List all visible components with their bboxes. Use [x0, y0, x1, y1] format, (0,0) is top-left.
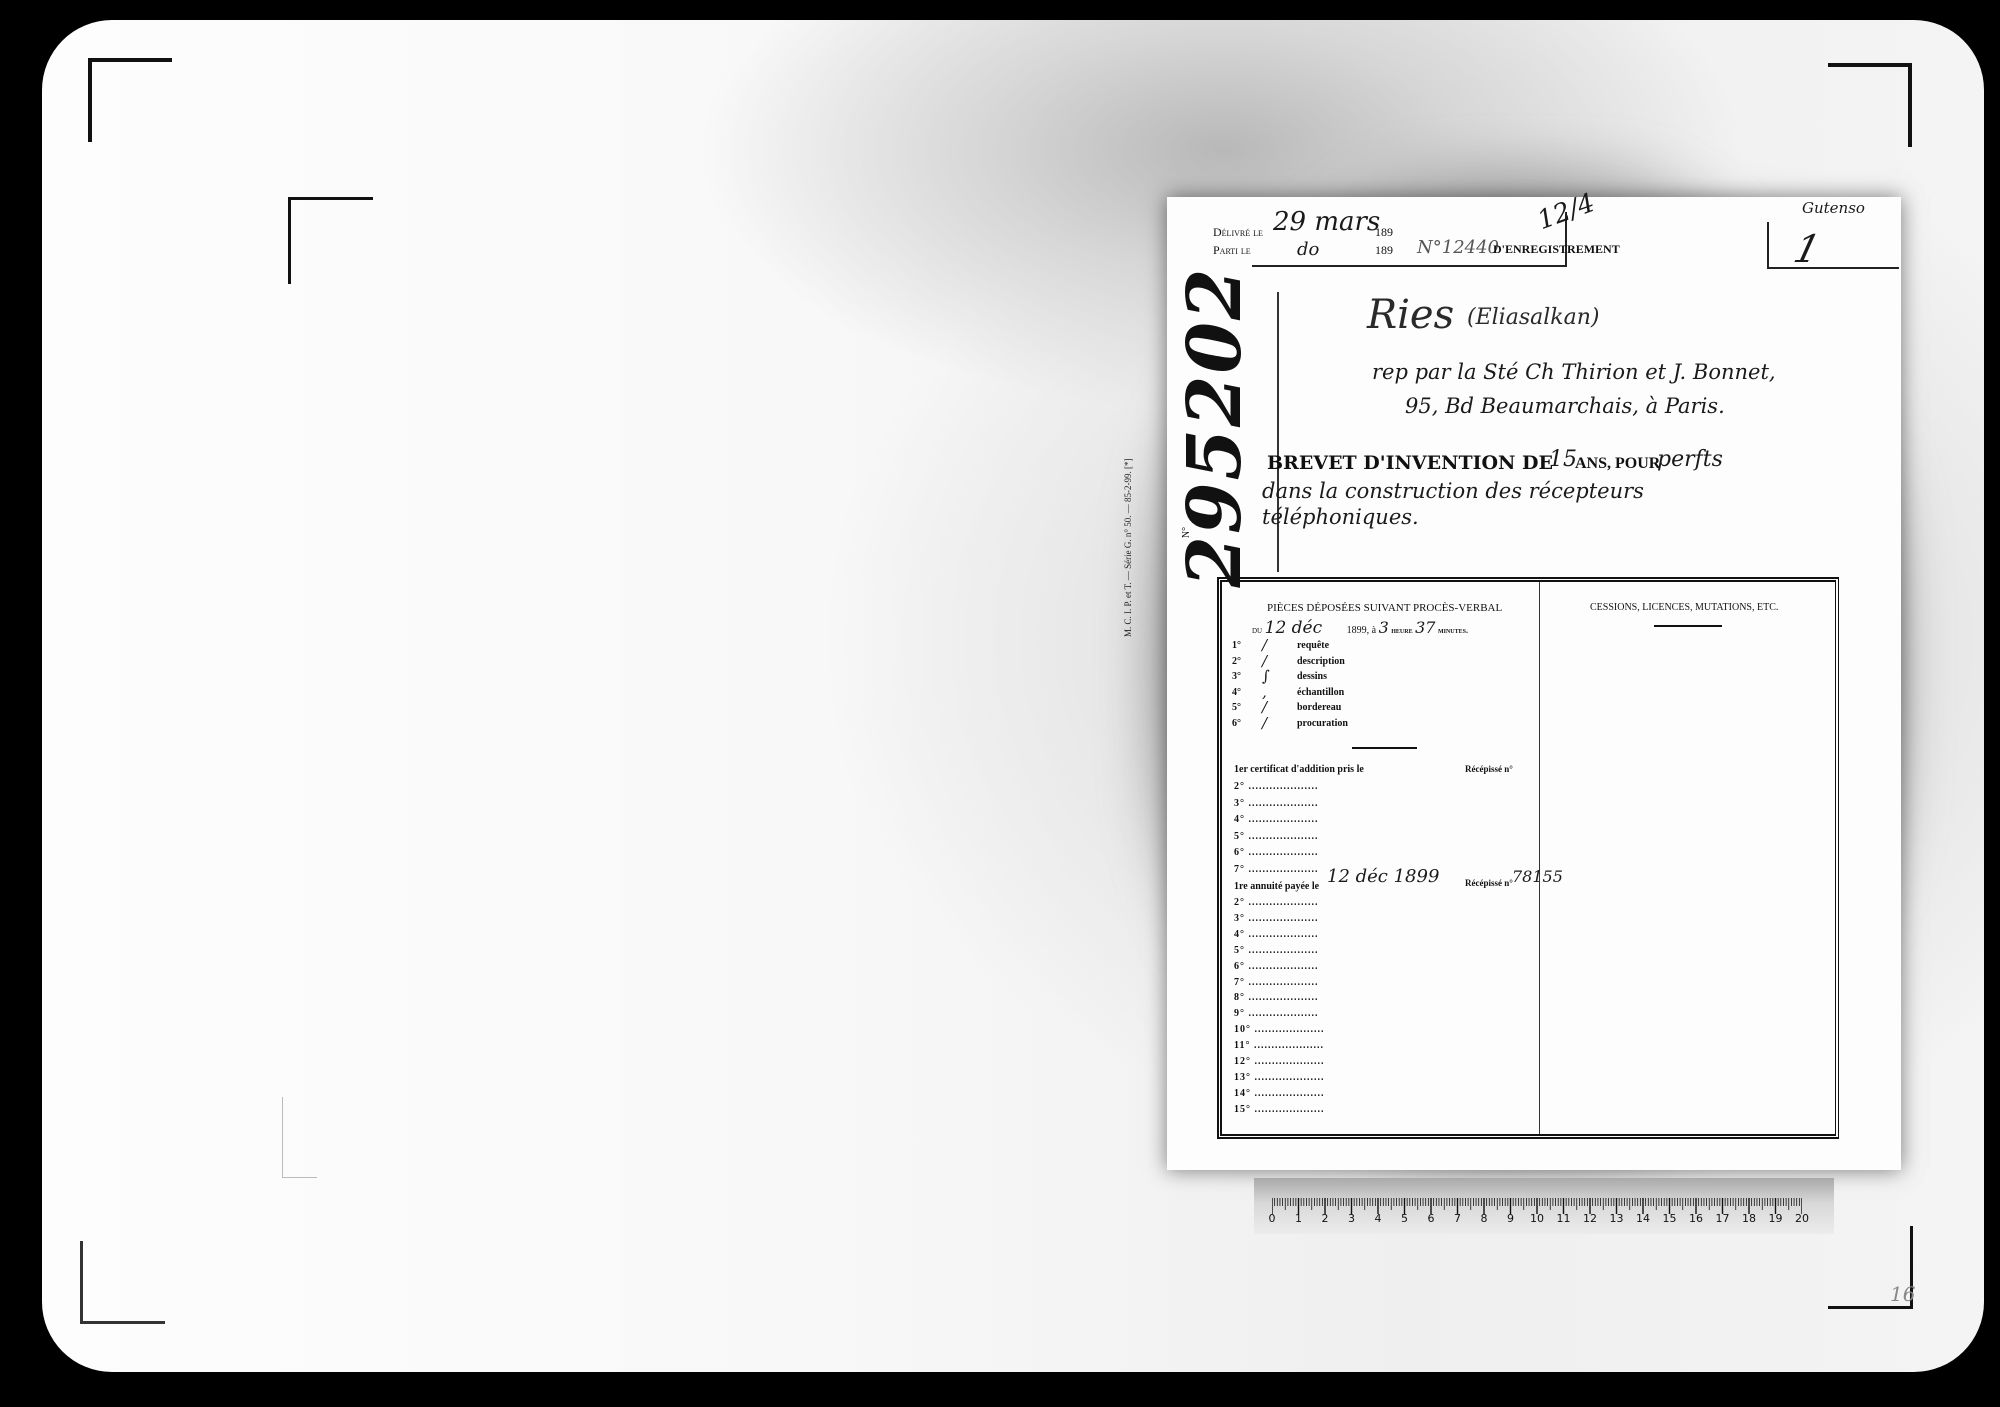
ruler-label: 0 [1269, 1212, 1276, 1225]
cessions-heading: CESSIONS, LICENCES, MUTATIONS, ETC. [1590, 602, 1778, 613]
registration-label: D'ENREGISTREMENT [1493, 242, 1620, 257]
applicant-name: Ries [1367, 292, 1454, 338]
piece-label: échantillon [1297, 687, 1344, 698]
ruler-label: 19 [1769, 1212, 1783, 1225]
ruler-label: 1 [1295, 1212, 1302, 1225]
annuity-row: 15° .................... [1234, 1104, 1325, 1115]
piece-number: 5° [1232, 702, 1241, 713]
title-suffix: ANS, POUR [1575, 455, 1660, 473]
margin-rule [1277, 292, 1279, 572]
pieces-heading: PIÈCES DÉPOSÉES SUIVANT PROCÈS-VERBAL [1267, 602, 1502, 614]
ruler-label: 11 [1557, 1212, 1571, 1225]
departed-label: Parti le [1213, 243, 1251, 258]
departed-value: do [1297, 239, 1319, 260]
ruler-label: 12 [1583, 1212, 1597, 1225]
cessions-rule [1654, 625, 1722, 627]
crop-mark-faint-bottom-left [282, 1097, 317, 1178]
annuity-row: 9° .................... [1234, 1008, 1319, 1019]
ruler-label: 15 [1663, 1212, 1677, 1225]
purpose-line2: dans la construction des récepteurs [1262, 479, 1644, 503]
annuity-row: 12° .................... [1234, 1056, 1325, 1067]
form-reference-caption: M. C. I. P. et T. — Série G. n° 50. — 85… [1123, 437, 1133, 637]
piece-label: bordereau [1297, 702, 1341, 713]
piece-label: dessins [1297, 671, 1327, 682]
proces-verbal-line: du 12 déc 1899, à 3 heure 37 minutes. [1252, 618, 1468, 638]
annuity-row: 2° .................... [1234, 897, 1319, 908]
ruler-label: 8 [1481, 1212, 1488, 1225]
departed-year: 189 [1375, 243, 1393, 258]
annuity-row: 10° .................... [1234, 1024, 1325, 1035]
piece-number: 6° [1232, 718, 1241, 729]
crop-mark-top-left [88, 58, 172, 142]
annuity-receipt-label: Récépissé n° [1465, 878, 1513, 888]
certificate-label: 1er certificat d'addition pris le [1234, 764, 1364, 775]
measurement-ruler: 01234567891011121314151617181920 [1254, 1178, 1834, 1234]
purpose-line3: téléphoniques. [1262, 505, 1419, 529]
annuity-row: 11° .................... [1234, 1040, 1324, 1051]
certificate-row: 5° .................... [1234, 831, 1319, 842]
delivered-year: 189 [1375, 225, 1393, 240]
representative-line1: rep par la Sté Ch Thirion et J. Bonnet, [1372, 360, 1776, 384]
certificate-row: 3° .................... [1234, 798, 1319, 809]
piece-number: 2° [1232, 656, 1241, 667]
ruler-label: 20 [1795, 1212, 1809, 1225]
ruler-label: 14 [1636, 1212, 1650, 1225]
record-form: PIÈCES DÉPOSÉES SUIVANT PROCÈS-VERBAL du… [1217, 577, 1839, 1139]
certificate-row: 6° .................... [1234, 847, 1319, 858]
ruler-label: 18 [1742, 1212, 1756, 1225]
ruler-label: 16 [1689, 1212, 1703, 1225]
crop-mark-inner-top-left [288, 197, 373, 284]
ruler-label: 7 [1454, 1212, 1461, 1225]
ruler-label: 3 [1348, 1212, 1355, 1225]
applicant-given-name: (Eliasalkan) [1467, 305, 1599, 330]
annuity-row: 3° .................... [1234, 913, 1319, 924]
purpose-line1: perfts [1657, 447, 1723, 472]
registration-number: N°12440 [1417, 237, 1499, 258]
piece-label: procuration [1297, 718, 1348, 729]
title-prefix: BREVET D'INVENTION DE [1267, 452, 1553, 474]
pieces-rule [1352, 747, 1417, 749]
patent-number: 295202 [1175, 262, 1255, 592]
piece-number: 1° [1232, 640, 1241, 651]
ruler-label: 9 [1507, 1212, 1514, 1225]
header-right-box [1767, 222, 1899, 269]
patent-number-prefix: N° [1181, 527, 1192, 538]
ruler-label: 10 [1530, 1212, 1544, 1225]
ruler-labels: 01234567891011121314151617181920 [1272, 1212, 1812, 1230]
annuity-receipt-value: 78155 [1512, 867, 1563, 886]
ruler-label: 17 [1716, 1212, 1730, 1225]
ruler-label: 5 [1401, 1212, 1408, 1225]
piece-mark: / [1262, 714, 1267, 732]
representative-line2: 95, Bd Beaumarchais, à Paris. [1405, 394, 1725, 418]
patent-document: Délivré le 29 mars 189 Parti le do 189 N… [1167, 197, 1901, 1170]
ruler-label: 13 [1610, 1212, 1624, 1225]
ruler-label: 6 [1428, 1212, 1435, 1225]
annuity-date: 12 déc 1899 [1327, 866, 1439, 887]
duration-value: 15 [1549, 447, 1577, 472]
top-right-note: Gutenso [1802, 199, 1865, 217]
certificate-receipt-label: Récépissé n° [1465, 764, 1513, 774]
annuity-row: 8° .................... [1234, 992, 1319, 1003]
crop-mark-top-right [1828, 63, 1912, 147]
certificate-row: 7° .................... [1234, 864, 1319, 875]
piece-label: requête [1297, 640, 1329, 651]
annuity-row: 7° .................... [1234, 977, 1319, 988]
ruler-label: 4 [1375, 1212, 1382, 1225]
piece-number: 4° [1232, 687, 1241, 698]
delivered-label: Délivré le [1213, 225, 1263, 240]
annuity-row: 14° .................... [1234, 1088, 1325, 1099]
delivered-value: 29 mars [1273, 207, 1380, 237]
annuity-row: 4° .................... [1234, 929, 1319, 940]
piece-number: 3° [1232, 671, 1241, 682]
ruler-label: 2 [1322, 1212, 1329, 1225]
annuity-label: 1re annuité payée le [1234, 881, 1319, 892]
piece-label: description [1297, 656, 1345, 667]
certificate-row: 4° .................... [1234, 814, 1319, 825]
annuity-row: 6° .................... [1234, 961, 1319, 972]
corner-annotation: 16 [1890, 1282, 1915, 1306]
form-divider [1539, 582, 1540, 1134]
annuity-row: 13° .................... [1234, 1072, 1325, 1083]
annuity-row: 5° .................... [1234, 945, 1319, 956]
certificate-row: 2° .................... [1234, 781, 1319, 792]
crop-mark-bottom-left [80, 1241, 165, 1324]
